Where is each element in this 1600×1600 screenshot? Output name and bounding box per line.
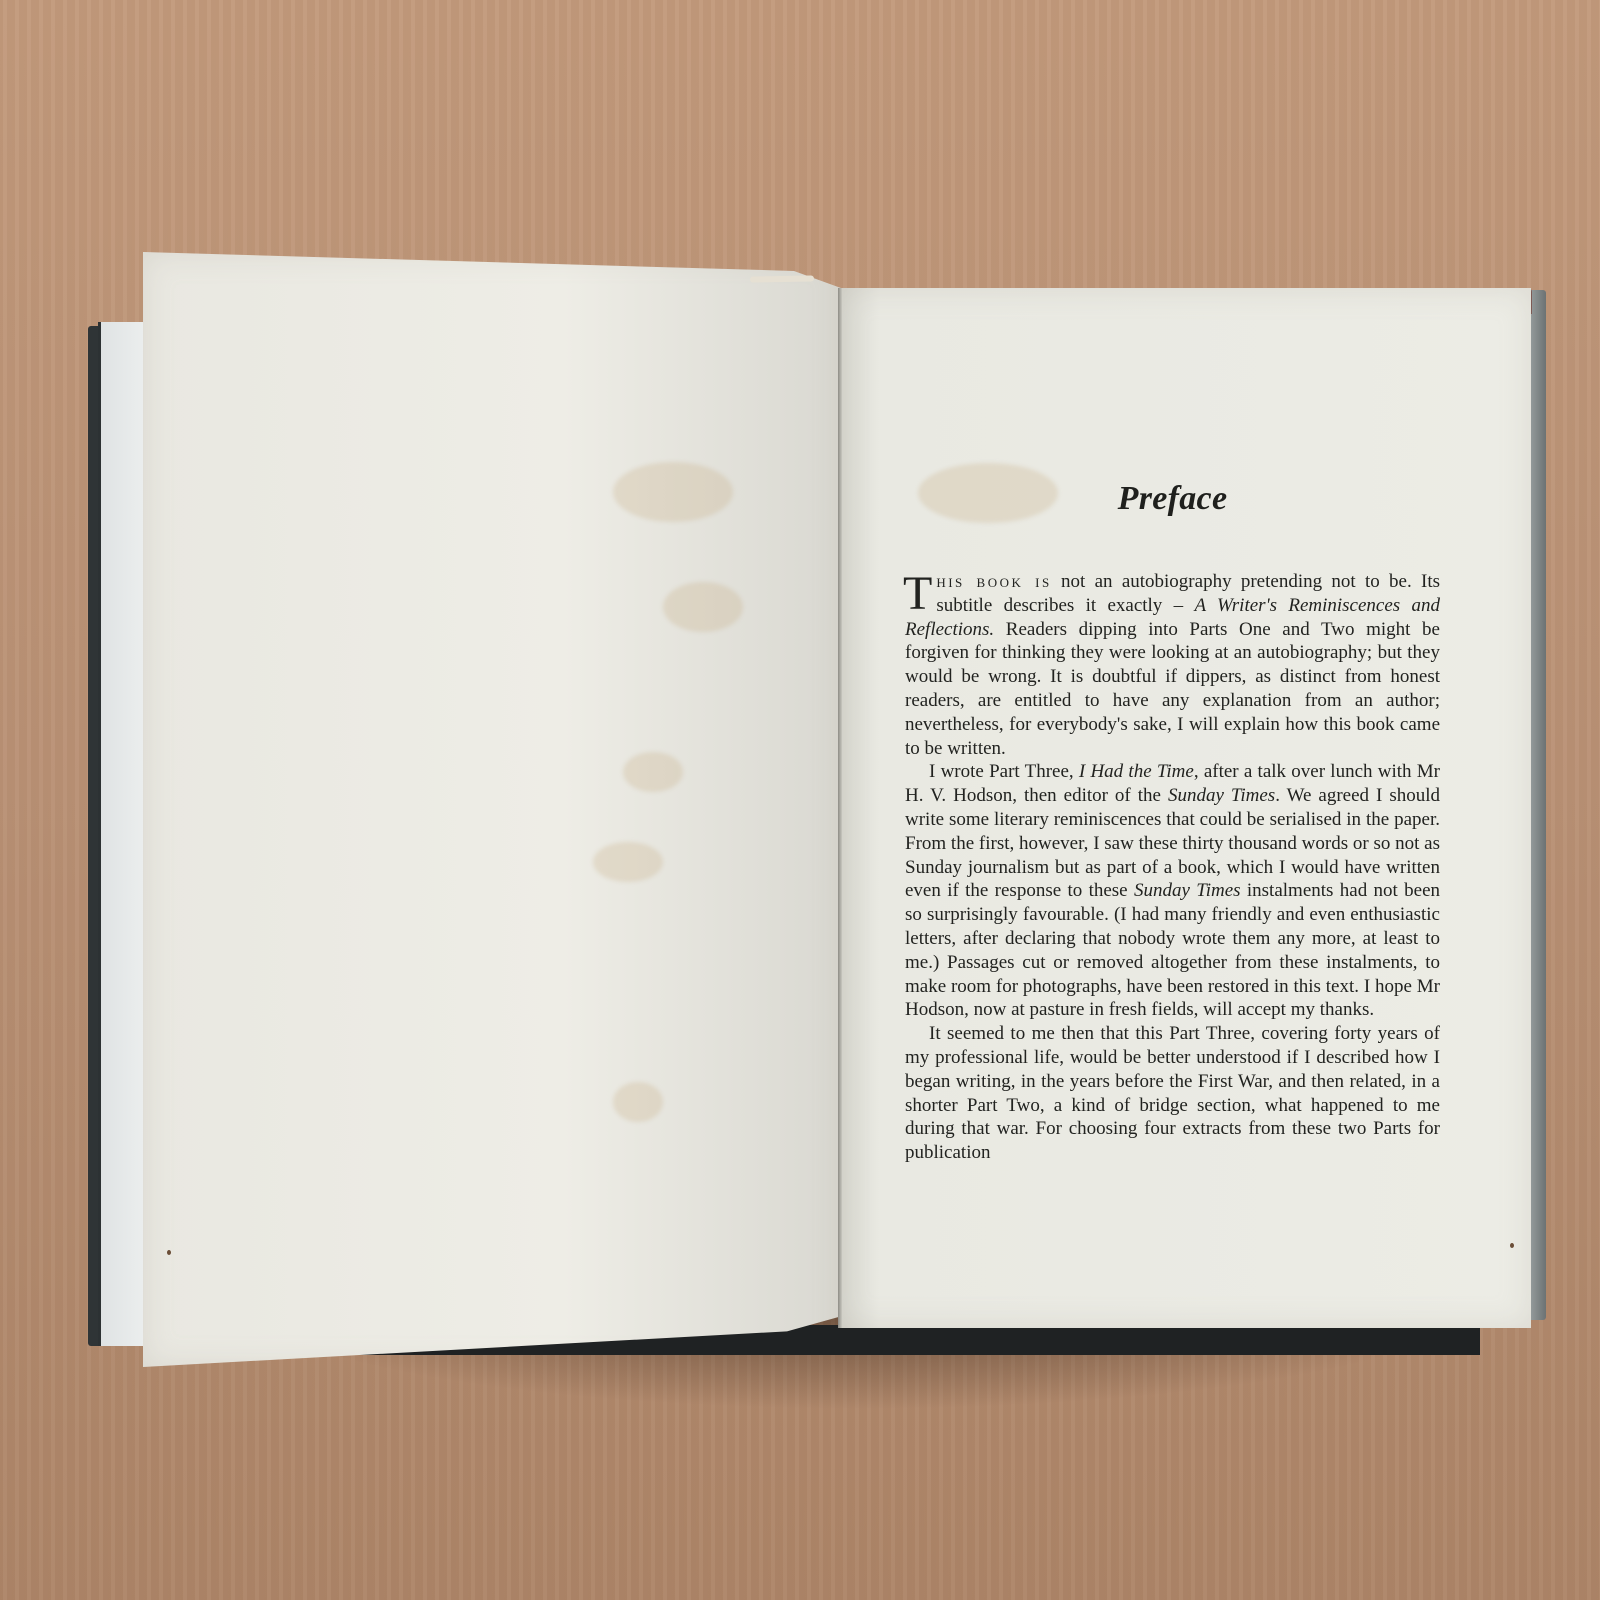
ink-speck <box>167 1250 171 1255</box>
ink-speck <box>1510 1243 1514 1248</box>
book-gutter <box>838 288 842 1328</box>
text-segment: I wrote Part Three, <box>929 761 1079 782</box>
italic-newspaper: Sunday Times <box>1134 880 1241 901</box>
page-title: Preface <box>905 480 1440 518</box>
italic-newspaper: Sunday Times <box>1168 785 1275 806</box>
torn-paper-tab <box>750 275 814 282</box>
drop-cap: T <box>903 574 932 614</box>
foxing-stain <box>663 582 743 632</box>
italic-title: I Had the Time <box>1079 761 1194 782</box>
paragraph-2: I wrote Part Three, I Had the Time, afte… <box>905 760 1440 1022</box>
preface-text: Preface This book is not an autobiograph… <box>905 480 1440 1165</box>
foxing-stain <box>613 462 733 522</box>
foxing-stain <box>623 752 683 792</box>
foxing-stain <box>593 842 663 882</box>
text-segment: It seemed to me then that this Part Thre… <box>905 1023 1440 1163</box>
foxing-stain <box>613 1082 663 1122</box>
smallcaps-opening: his book is <box>936 571 1051 592</box>
paragraph-1: This book is not an autobiography preten… <box>905 570 1440 760</box>
left-page-blank <box>143 252 843 1367</box>
paragraph-3: It seemed to me then that this Part Thre… <box>905 1022 1440 1165</box>
